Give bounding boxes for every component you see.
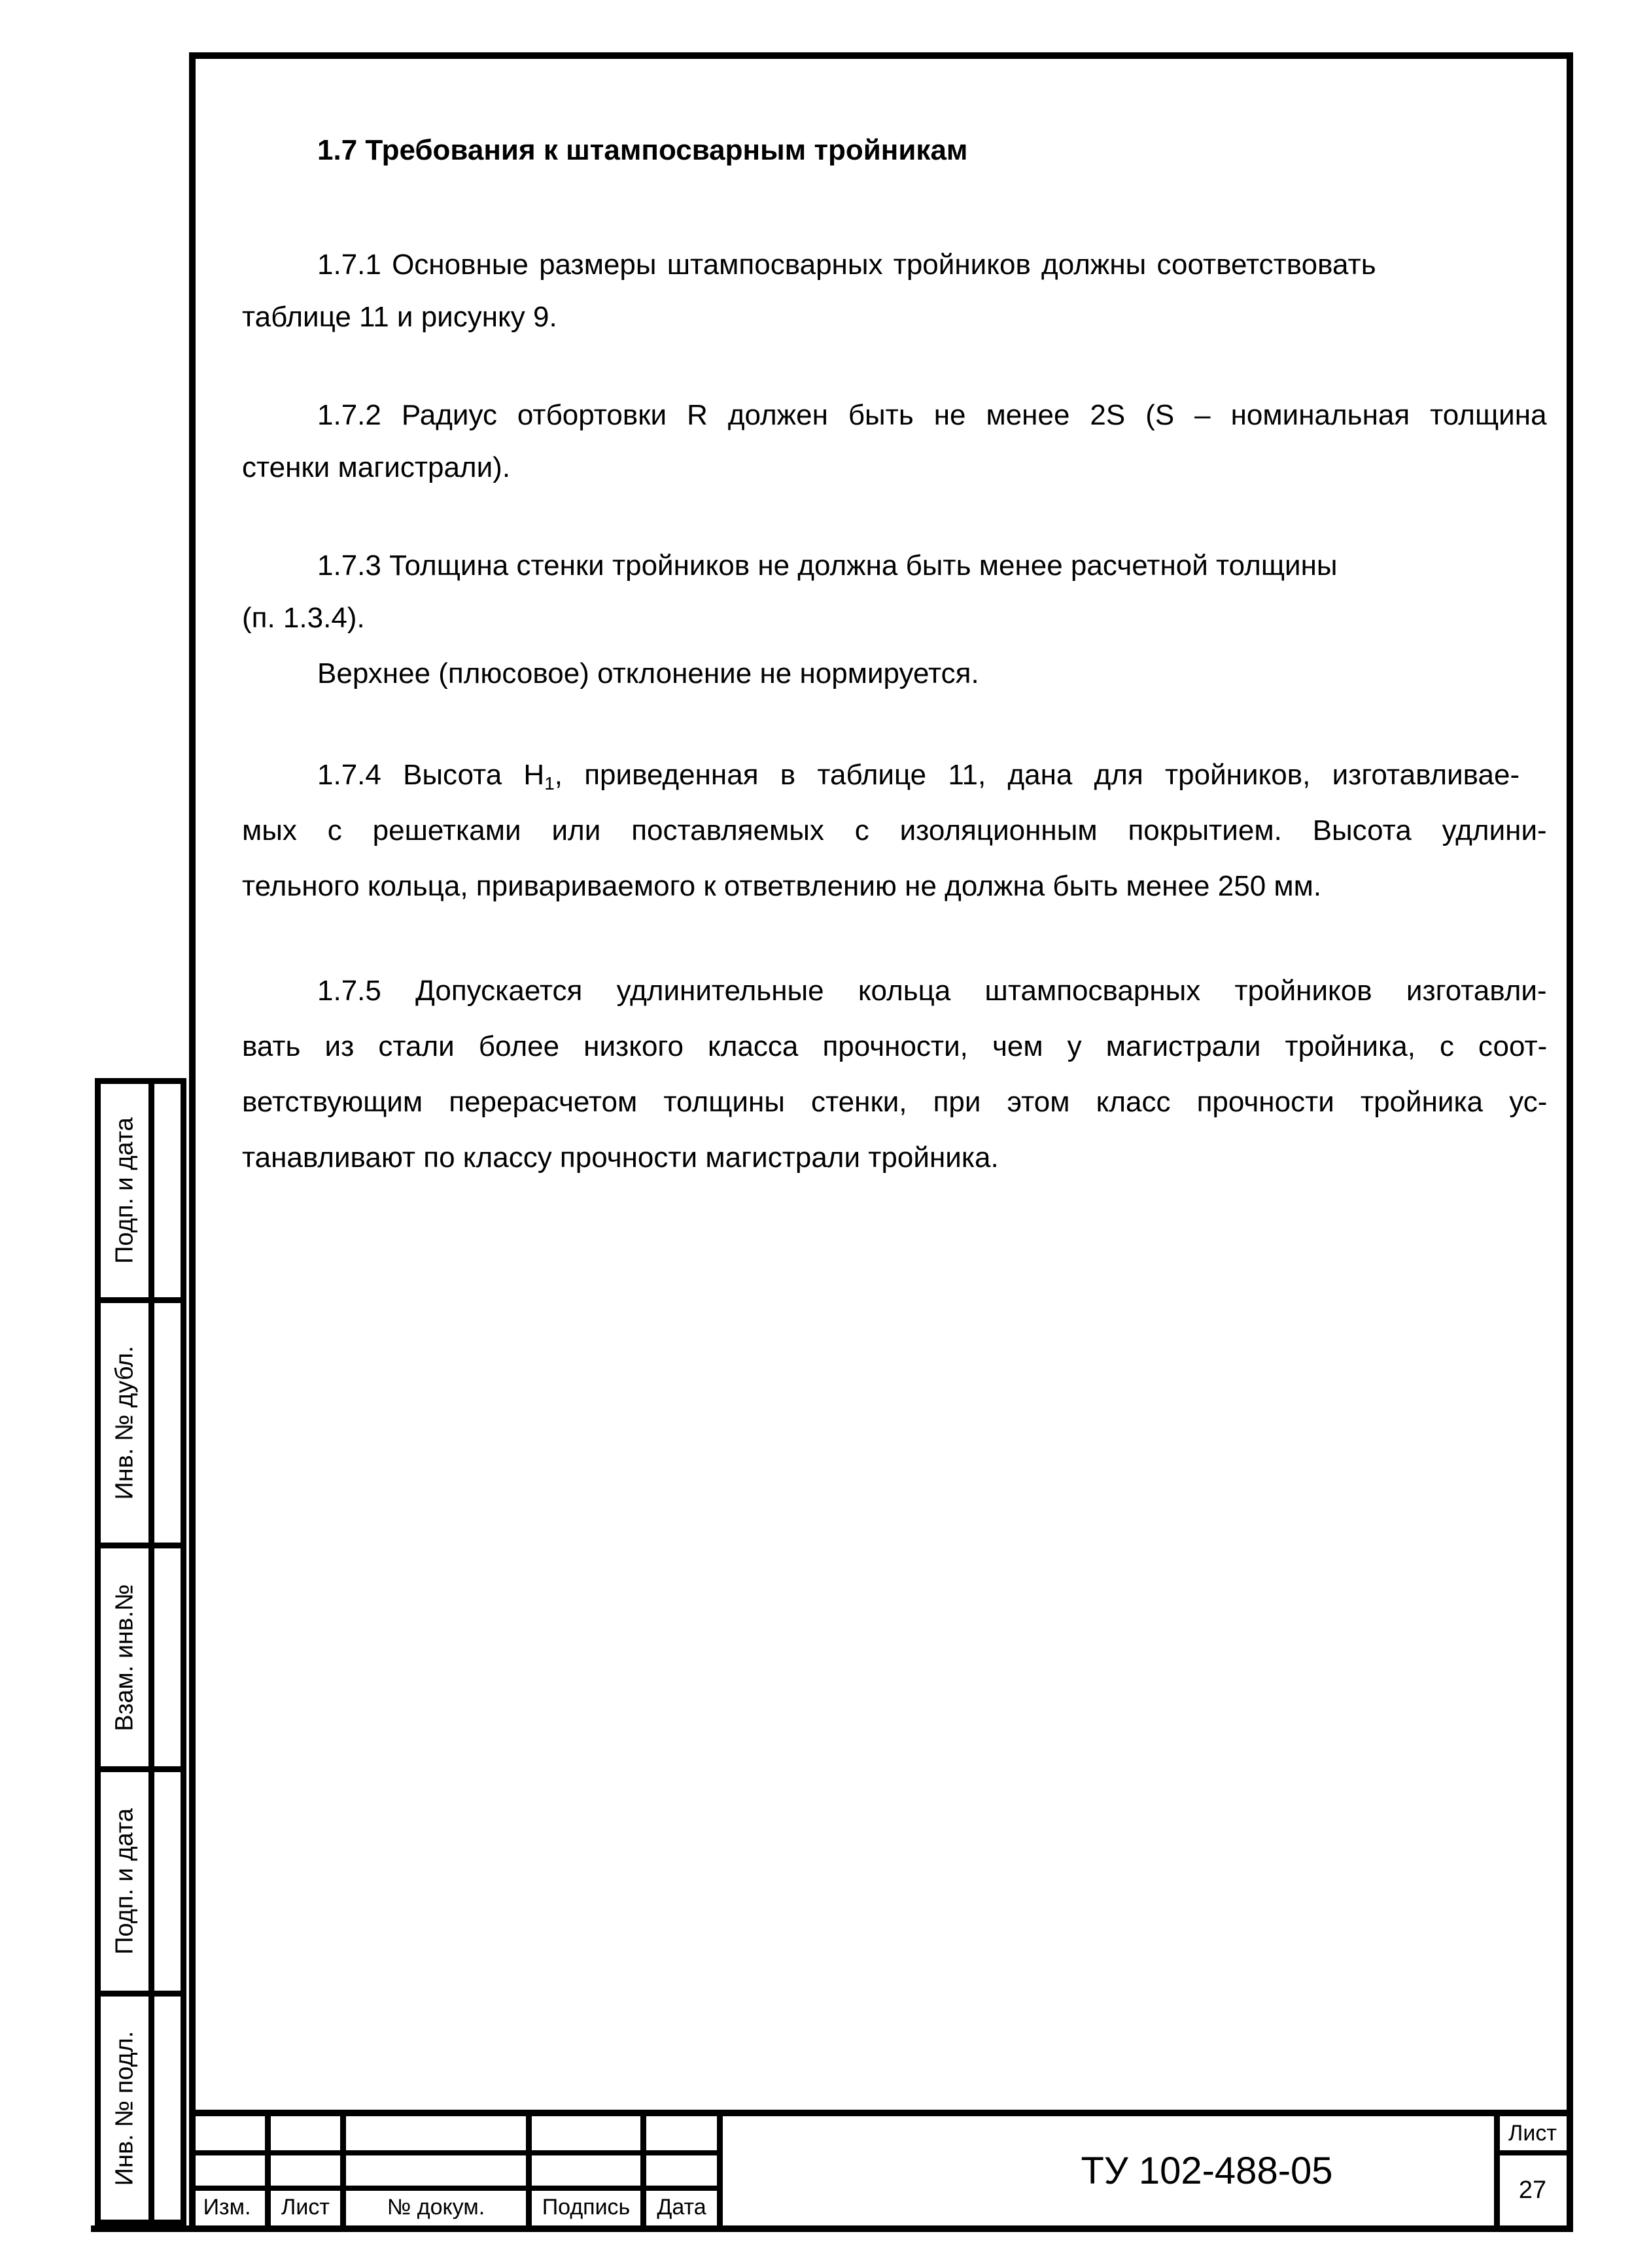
strip-label: Взам. инв.№ [111, 1584, 139, 1731]
paragraph-1-7-4-line-2: мых с решетками или поставляемых с изоля… [242, 814, 1547, 847]
divider [526, 2116, 532, 2225]
divider [265, 2116, 271, 2225]
column-header-doc-number: № докум. [346, 2189, 526, 2225]
paragraph-1-7-5-line-4: танавливают по классу прочности магистра… [242, 1142, 999, 1174]
column-header-date: Дата [646, 2189, 717, 2225]
paragraph-1-7-5-line-3: ветствующим перерасчетом толщины стенки,… [242, 1086, 1547, 1119]
paragraph-1-7-3-line-1: 1.7.3 Толщина стенки тройников не должна… [317, 550, 1338, 582]
strip-cell-replace-inv: Взам. инв.№ [95, 1543, 186, 1772]
divider [91, 2225, 1573, 2232]
subscript: 1 [544, 773, 555, 794]
text-part: 1.7.4 Высота H [317, 759, 544, 791]
paragraph-1-7-3-line-2: (п. 1.3.4). [242, 602, 365, 635]
divider [717, 2116, 723, 2225]
side-strip: Подп. и дата Инв. № дубл. Взам. инв.№ По… [95, 1078, 186, 2225]
strip-cell-sign-date-2: Подп. и дата [95, 1766, 186, 1997]
paragraph-1-7-4-line-3: тельного кольца, привариваемого к ответв… [242, 870, 1321, 903]
divider [340, 2116, 346, 2225]
paragraph-1-7-4-line-1: 1.7.4 Высота H1, приведенная в таблице 1… [317, 759, 1519, 792]
paragraph-1-7-1-line-1: 1.7.1 Основные размеры штампосварных тро… [317, 249, 1376, 281]
column-header-signature: Подпись [532, 2189, 640, 2225]
text-line: 1.7.1 Основные размеры штампосварных тро… [317, 249, 1376, 281]
paragraph-1-7-1-line-2: таблице 11 и рисунку 9. [242, 301, 557, 334]
text-part: , приведенная в таблице 11, дана для тро… [555, 759, 1519, 791]
paragraph-1-7-2-line-1: 1.7.2 Радиус отбортовки R должен быть не… [317, 399, 1547, 432]
paragraph-1-7-3-line-3: Верхнее (плюсовое) отклонение не нормиру… [317, 657, 979, 690]
strip-label: Инв. № дубл. [111, 1346, 139, 1499]
paragraph-1-7-5-line-1: 1.7.5 Допускается удлинительные кольца ш… [317, 975, 1547, 1007]
strip-label: Инв. № подл. [111, 2031, 139, 2186]
strip-cell-dup-inv: Инв. № дубл. [95, 1297, 186, 1548]
section-heading: 1.7 Требования к штампосварным тройникам [317, 134, 967, 167]
divider [640, 2116, 646, 2225]
strip-cell-orig-inv: Инв. № подл. [95, 1991, 186, 2225]
sheet-number: 27 [1499, 2155, 1567, 2225]
sheet-label: Лист [1499, 2116, 1567, 2150]
document-number: ТУ 102-488-05 [725, 2116, 1632, 2225]
paragraph-1-7-5-line-2: вать из стали более низкого класса прочн… [242, 1030, 1547, 1063]
column-header-sheet: Лист [271, 2189, 340, 2225]
title-block: Изм. Лист № докум. Подпись Дата ТУ 102-4… [189, 2110, 1573, 2225]
column-header-change: Изм. [189, 2189, 265, 2225]
strip-label: Подп. и дата [111, 1117, 139, 1264]
paragraph-1-7-2-line-2: стенки магистрали). [242, 451, 510, 484]
divider [189, 2150, 723, 2155]
strip-label: Подп. и дата [111, 1808, 139, 1955]
strip-cell-sign-date-1: Подп. и дата [95, 1078, 186, 1303]
